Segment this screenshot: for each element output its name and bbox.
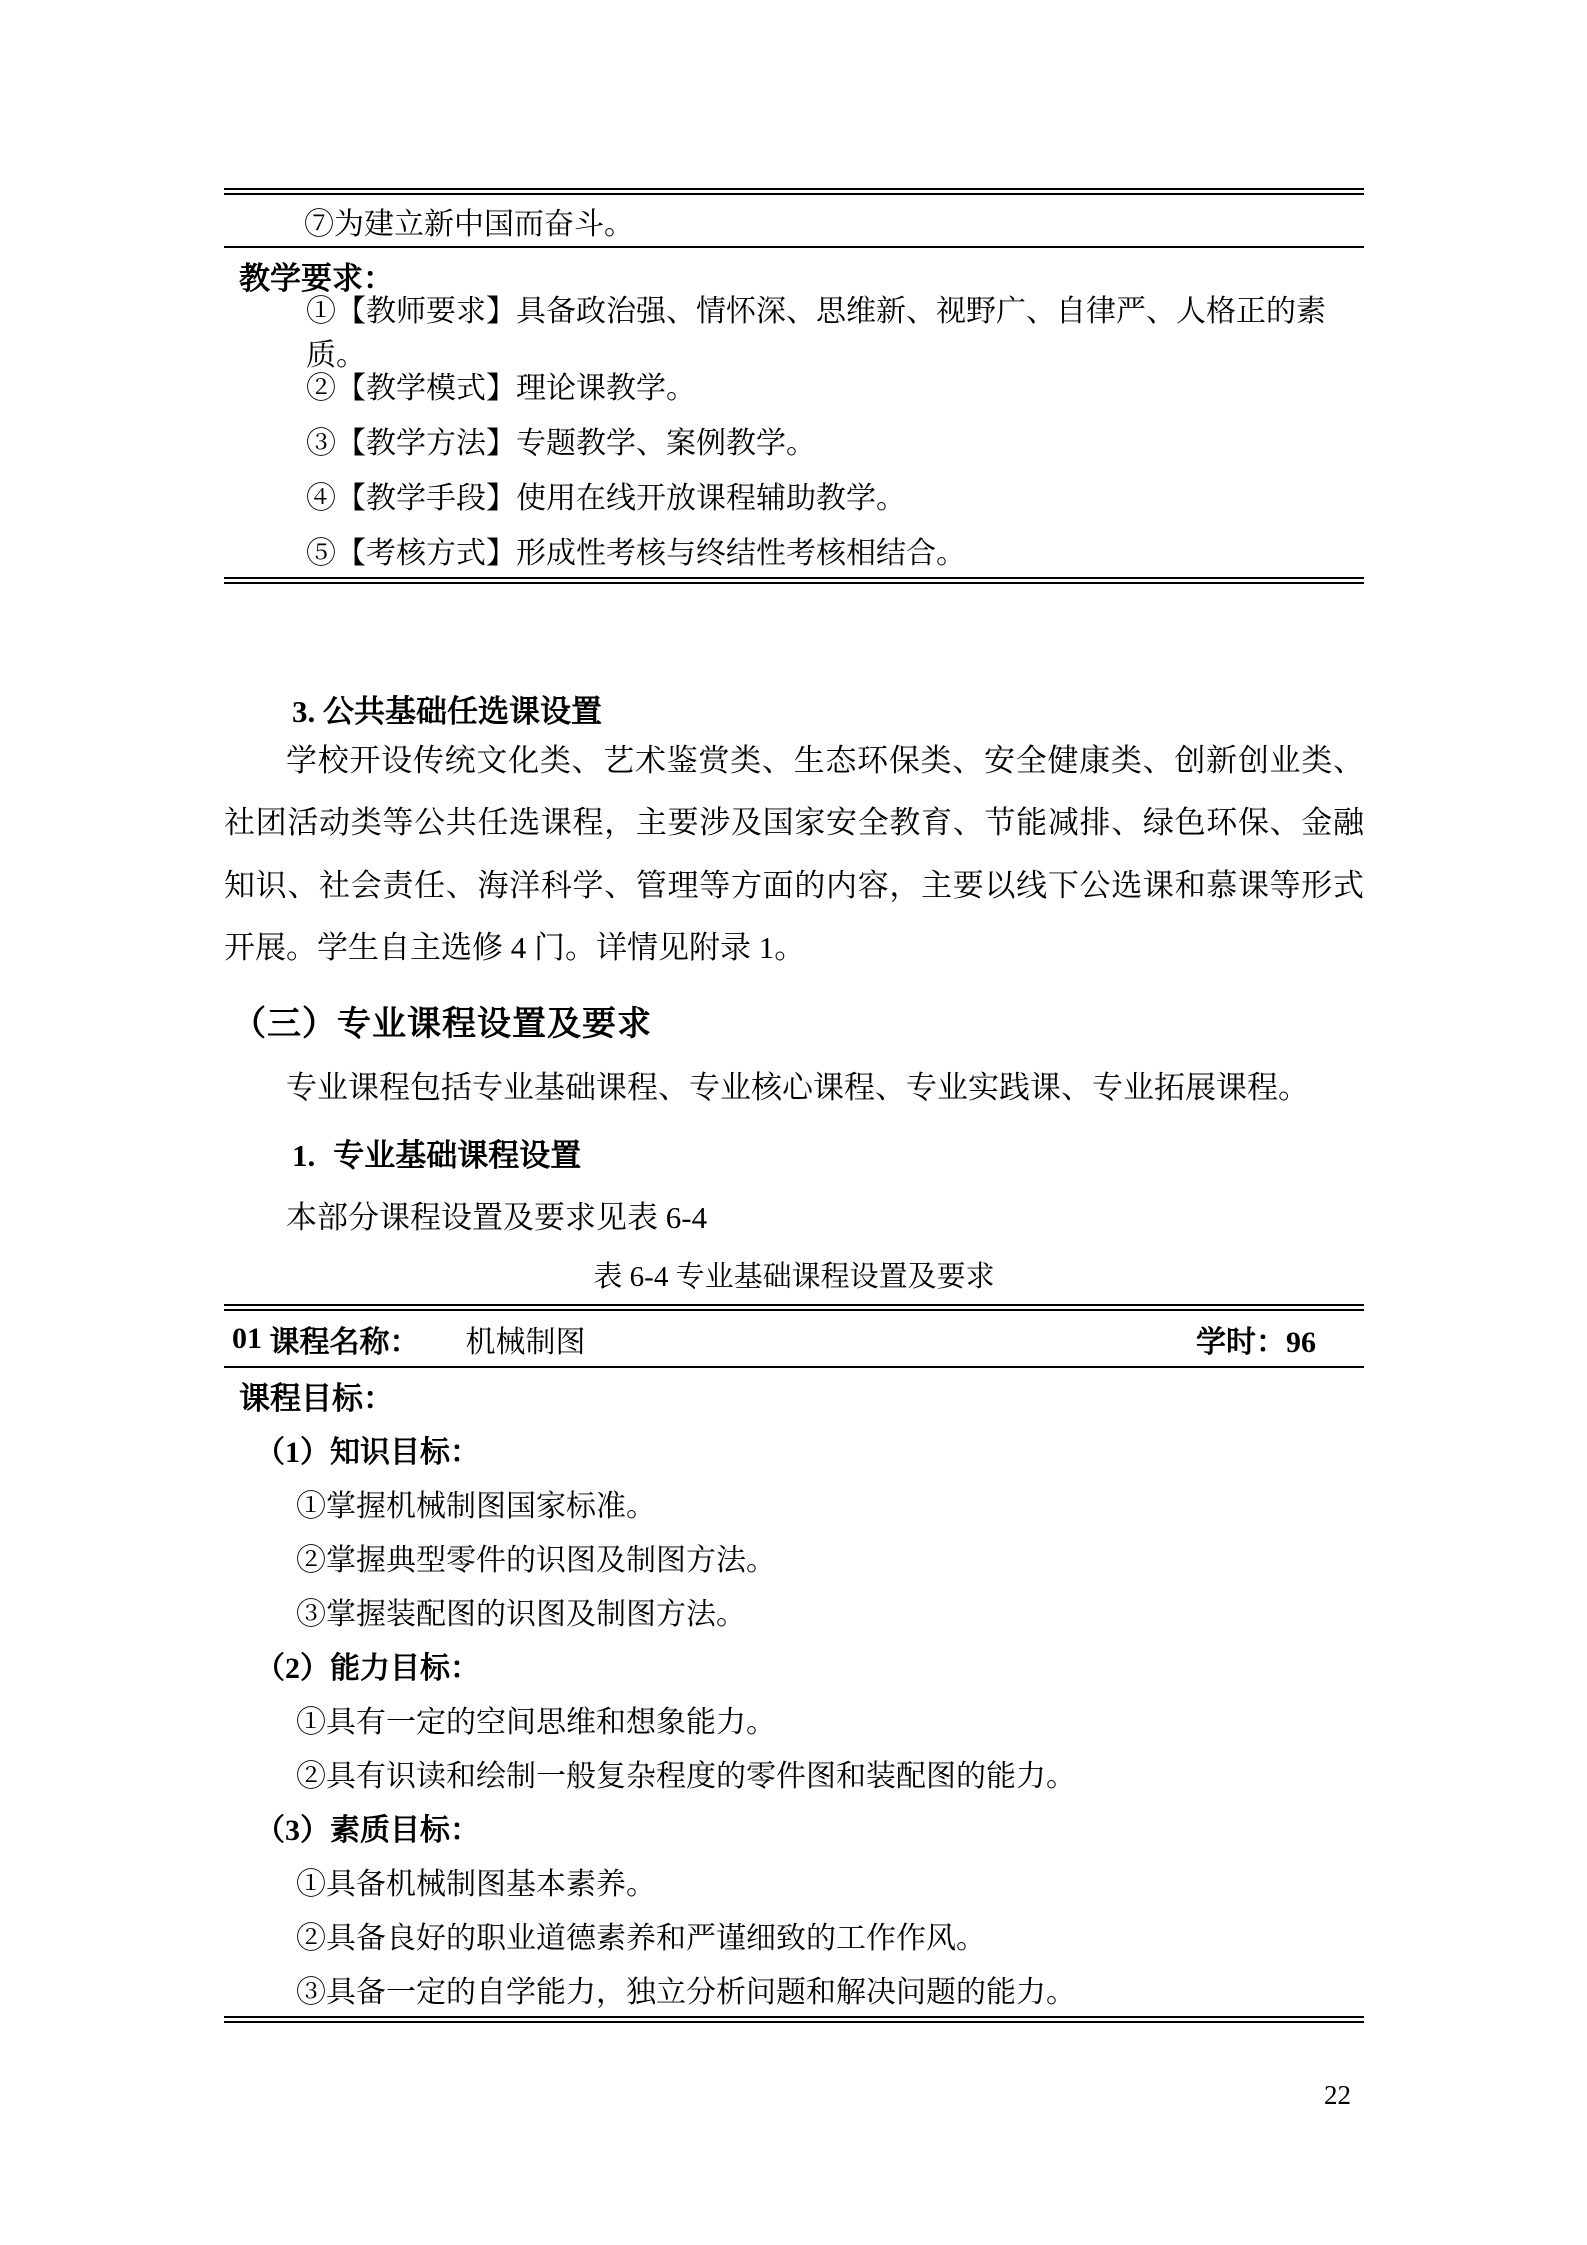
objective-item: ③掌握装配图的识图及制图方法。 bbox=[224, 1584, 1364, 1638]
objective-item: ②掌握典型零件的识图及制图方法。 bbox=[224, 1530, 1364, 1584]
heading-basic-title: 专业基础课程设置 bbox=[333, 1138, 581, 1173]
objective-group-title: （1）知识目标： bbox=[224, 1422, 1364, 1476]
page-number: 22 bbox=[1324, 2080, 1351, 2111]
table-caption: 表 6-4 专业基础课程设置及要求 bbox=[224, 1254, 1364, 1295]
course-hours-label: 学时： bbox=[1196, 1326, 1286, 1359]
course-header-row: 01 课程名称： 机械制图 学时：96 bbox=[224, 1311, 1364, 1366]
document-page: ⑦为建立新中国而奋斗。 教学要求： ①【教师要求】具备政治强、情怀深、思维新、视… bbox=[0, 0, 1587, 2245]
heading-optional-courses: 3. 公共基础任选课设置 bbox=[292, 686, 602, 731]
requirement-item-7: ⑦为建立新中国而奋斗。 bbox=[304, 199, 634, 243]
table-bottom-double-rule bbox=[224, 2016, 1364, 2023]
course-objectives-row: 课程目标： （1）知识目标： ①掌握机械制图国家标准。 ②掌握典型零件的识图及制… bbox=[224, 1368, 1364, 2016]
table-row: ⑦为建立新中国而奋斗。 bbox=[224, 195, 1364, 246]
objective-group-title: （2）能力目标： bbox=[224, 1638, 1364, 1692]
table-top-double-rule bbox=[224, 188, 1364, 195]
teaching-requirements-table: ⑦为建立新中国而奋斗。 教学要求： ①【教师要求】具备政治强、情怀深、思维新、视… bbox=[224, 188, 1364, 584]
optional-courses-paragraph: 学校开设传统文化类、艺术鉴赏类、生态环保类、安全健康类、创新创业类、社团活动类等… bbox=[224, 730, 1364, 980]
course-hours: 学时：96 bbox=[1196, 1317, 1316, 1361]
objective-item: ②具备良好的职业道德素养和严谨细致的工作作风。 bbox=[224, 1908, 1364, 1962]
course-hours-value: 96 bbox=[1286, 1326, 1316, 1359]
heading-basic-courses: 1.专业基础课程设置 bbox=[292, 1130, 581, 1175]
teaching-requirement-item: ④【教学手段】使用在线开放课程辅助教学。 bbox=[224, 467, 1364, 522]
course-name-value: 机械制图 bbox=[466, 1317, 586, 1361]
teaching-requirement-item: ⑤【考核方式】形成性考核与终结性考核相结合。 bbox=[224, 522, 1364, 577]
table-top-double-rule bbox=[224, 1304, 1364, 1311]
objective-item: ③具备一定的自学能力，独立分析问题和解决问题的能力。 bbox=[224, 1962, 1364, 2016]
table-bottom-double-rule bbox=[224, 577, 1364, 584]
course-objectives-label: 课程目标： bbox=[224, 1368, 1364, 1422]
objective-item: ①具备机械制图基本素养。 bbox=[224, 1854, 1364, 1908]
course-table-6-4: 01 课程名称： 机械制图 学时：96 课程目标： （1）知识目标： ①掌握机械… bbox=[224, 1304, 1364, 2023]
objective-item: ①具有一定的空间思维和想象能力。 bbox=[224, 1692, 1364, 1746]
objective-group-title: （3）素质目标： bbox=[224, 1800, 1364, 1854]
teaching-requirement-item: ①【教师要求】具备政治强、情怀深、思维新、视野广、自律严、人格正的素质。 bbox=[224, 302, 1364, 357]
table-row: 教学要求： ①【教师要求】具备政治强、情怀深、思维新、视野广、自律严、人格正的素… bbox=[224, 248, 1364, 577]
heading-basic-number: 1. bbox=[292, 1138, 315, 1173]
course-name-label: 课程名称： bbox=[270, 1317, 420, 1361]
major-courses-paragraph: 专业课程包括专业基础课程、专业核心课程、专业实践课、专业拓展课程。 bbox=[224, 1062, 1364, 1107]
objective-item: ②具有识读和绘制一般复杂程度的零件图和装配图的能力。 bbox=[224, 1746, 1364, 1800]
objective-item: ①掌握机械制图国家标准。 bbox=[224, 1476, 1364, 1530]
teaching-requirement-item: ③【教学方法】专题教学、案例教学。 bbox=[224, 412, 1364, 467]
heading-major-courses: （三）专业课程设置及要求 bbox=[232, 996, 652, 1045]
basic-courses-intro: 本部分课程设置及要求见表 6-4 bbox=[224, 1192, 1364, 1237]
course-row-number: 01 bbox=[232, 1322, 262, 1356]
